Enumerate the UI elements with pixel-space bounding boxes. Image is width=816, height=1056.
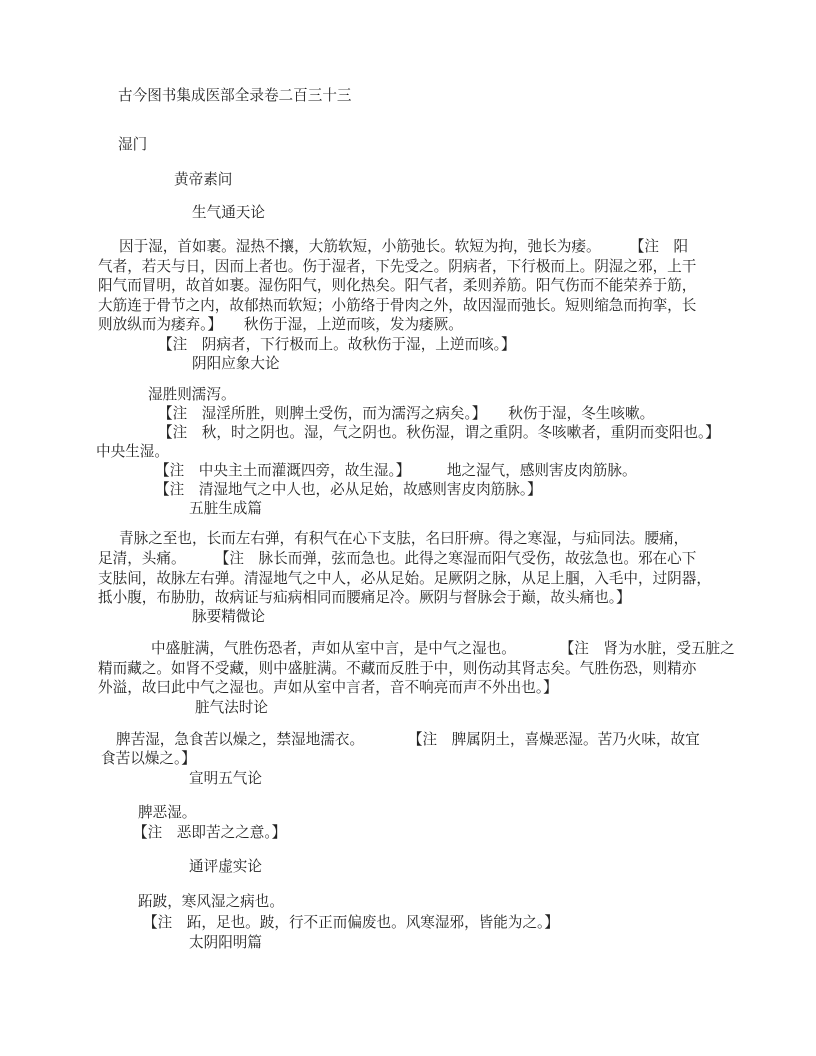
body-line: 中央生湿。 — [96, 443, 169, 463]
note-line: 【注 中央主土而灌溉四旁，故生湿。】 地之湿气，感则害皮肉筋脉。 — [155, 462, 637, 482]
body-line: 湿胜则濡泻。 — [148, 386, 236, 406]
section-heading: 阴阳应象大论 — [192, 355, 280, 375]
body-line: 食苦以燥之。】 — [101, 750, 196, 770]
chapter-heading: 湿门 — [118, 136, 147, 156]
body-line: 足清，头痛。 【注 脉长而弹，弦而急也。此得之寒湿而阳气受伤，故弦急也。邪在心下 — [98, 550, 696, 570]
volume-title: 古今图书集成医部全录卷二百三十三 — [118, 87, 352, 107]
document-page: 古今图书集成医部全录卷二百三十三 湿门 黄帝素问 生气通天论 因于湿，首如裹。湿… — [0, 0, 816, 1056]
section-heading: 脉要精微论 — [192, 608, 265, 628]
note-line: 【注 阴病者，下行极而上。故秋伤于湿，上逆而咳。】 — [158, 336, 516, 356]
body-line: 阳气而冒明，故首如裹。湿伤阳气，则化热矣。阳气者，柔则养筋。阳气伤而不能荣养于筋… — [98, 277, 696, 297]
note-line: 【注 恶即苦之之意。】 — [133, 824, 286, 844]
section-heading: 生气通天论 — [192, 204, 265, 224]
body-line: 脾恶湿。 — [138, 804, 196, 824]
body-line: 气者，若天与日，因而上者也。伤于湿者，下先受之。阴病者，下行极而上。阴湿之邪，上… — [98, 258, 696, 278]
note-line: 【注 秋，时之阴也。湿，气之阴也。秋伤湿，谓之重阴。冬咳嗽者，重阴而变阳也。】 — [158, 424, 720, 444]
section-heading: 五脏生成篇 — [189, 500, 262, 520]
body-line: 跖跛，寒风湿之病也。 — [138, 893, 284, 913]
body-line: 青脉之至也，长而左右弹，有积气在心下支胠，名曰肝痹。得之寒湿，与疝同法。腰痛， — [119, 530, 688, 550]
book-heading: 黄帝素问 — [174, 171, 232, 191]
section-heading: 通评虚实论 — [189, 858, 262, 878]
body-line: 精而藏之。如肾不受藏，则中盛脏满。不藏而反胜于中，则伤动其肾志矣。气胜伤恐，则精… — [98, 660, 696, 680]
body-line: 支胠间，故脉左右弹。清湿地气之中人，必从足始。足厥阴之脉，从足上腘，入毛中，过阴… — [98, 570, 711, 590]
section-heading: 脏气法时论 — [195, 699, 268, 719]
body-line: 中盛脏满，气胜伤恐者，声如从室中言，是中气之湿也。 【注 肾为水脏，受五脏之 — [151, 640, 735, 660]
note-line: 【注 清湿地气之中人也，必从足始，故感则害皮肉筋脉。】 — [155, 481, 542, 501]
body-line: 则放纵而为痿弃。】 秋伤于湿，上逆而咳，发为痿厥。 — [98, 316, 463, 336]
note-line: 【注 跖，足也。跛，行不正而偏废也。风寒湿邪，皆能为之。】 — [143, 914, 559, 934]
body-line: 大筋连于骨节之内，故郁热而软短；小筋络于骨肉之外，故因湿而弛长。短则缩急而拘挛，… — [98, 297, 696, 317]
body-line: 抵小腹，布胁肋，故病证与疝病相同而腰痛足冷。厥阴与督脉会于巅，故头痛也。】 — [98, 589, 631, 609]
note-line: 【注 湿淫所胜，则脾土受伤，而为濡泻之病矣。】 秋伤于湿，冬生咳嗽。 — [158, 405, 654, 425]
body-line: 外溢，故曰此中气之湿也。声如从室中言者，音不响亮而声不外出也。】 — [98, 679, 558, 699]
section-heading: 太阴阳明篇 — [189, 934, 262, 954]
body-line: 脾苦湿，急食苦以燥之，禁湿地濡衣。 【注 脾属阴土，喜燥恶湿。苦乃火味，故宜 — [116, 731, 700, 751]
section-heading: 宣明五气论 — [189, 770, 262, 790]
body-line: 因于湿，首如裹。湿热不攘，大筋软短，小筋弛长。软短为拘，弛长为痿。 【注 阳 — [119, 238, 688, 258]
